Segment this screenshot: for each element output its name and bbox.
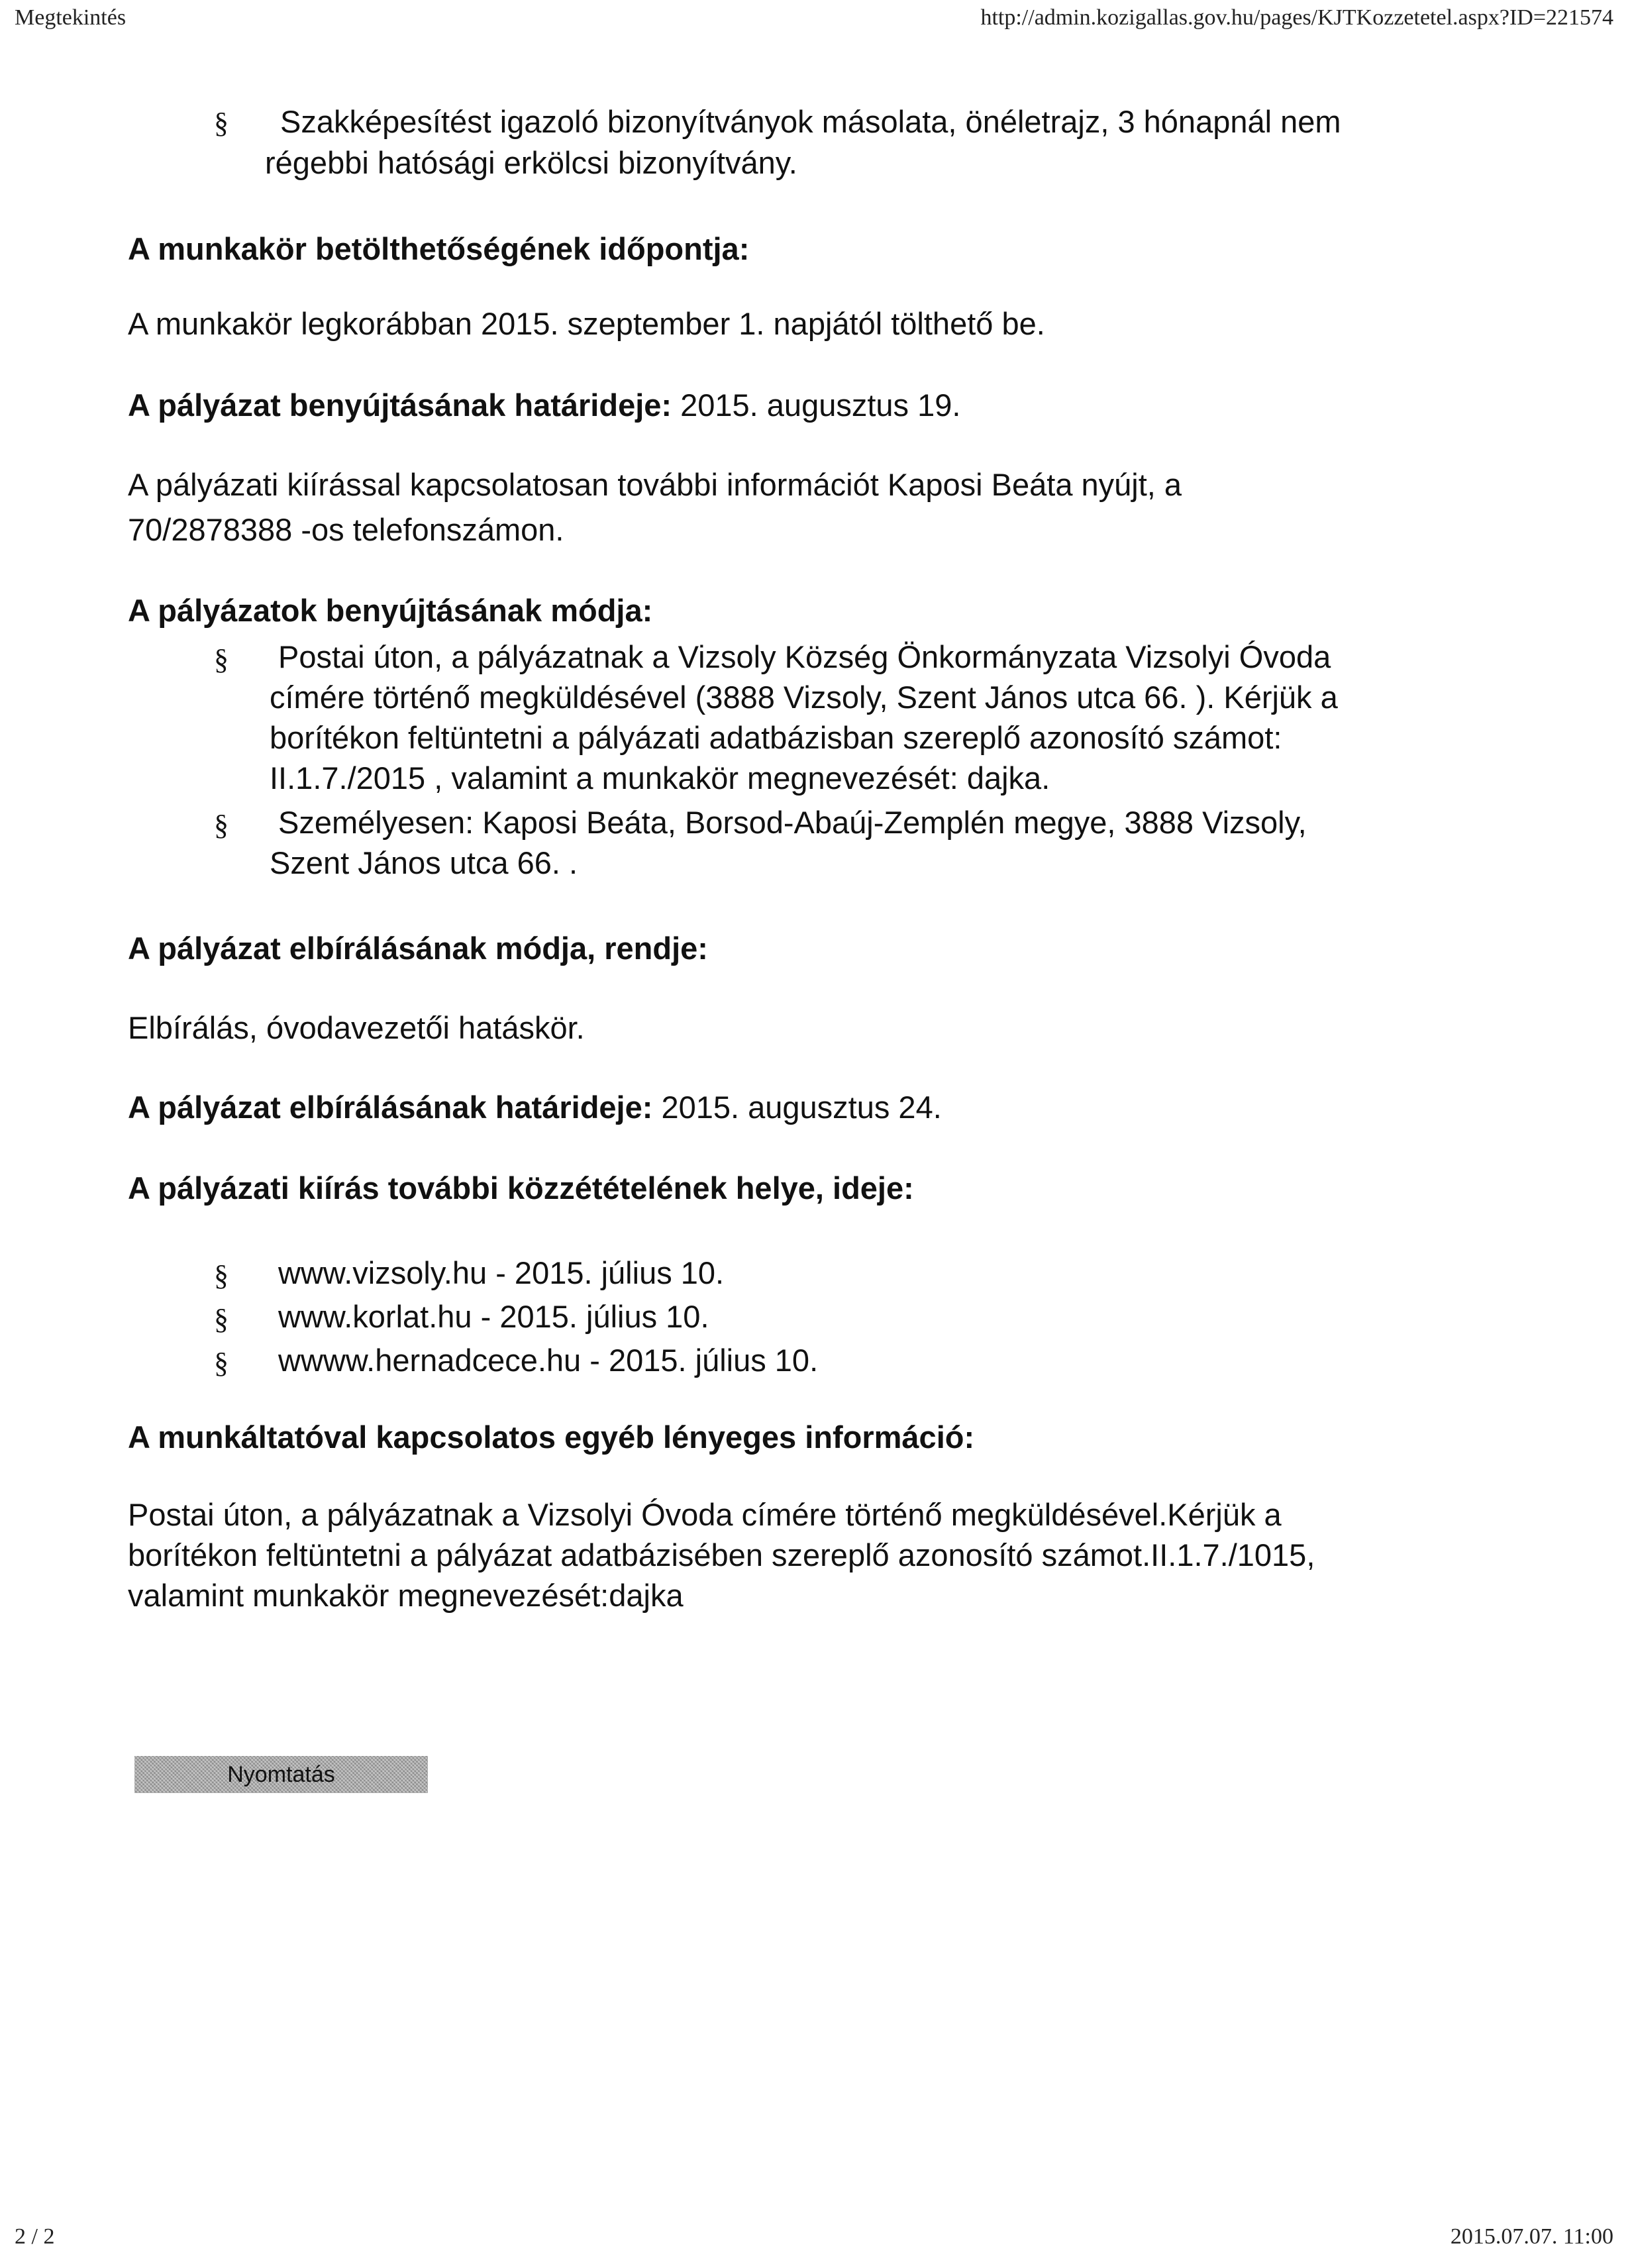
publication-item: www.korlat.hu - 2015. július 10. <box>278 1296 709 1338</box>
start-date-heading: A munkakör betölthetőségének időpontja: <box>128 228 749 270</box>
section-bullet-icon: § <box>214 106 229 140</box>
evaluation-deadline-value: 2015. augusztus 24. <box>652 1090 941 1125</box>
employer-info-heading: A munkáltatóval kapcsolatos egyéb lényeg… <box>128 1416 974 1459</box>
evaluation-method-text: Elbírálás, óvodavezetői hatáskör. <box>128 1007 585 1049</box>
submission-method-item-1-line-2: címére történő megküldésével (3888 Vizso… <box>270 676 1338 719</box>
employer-info-line-1: Postai úton, a pályázatnak a Vizsolyi Óv… <box>128 1494 1496 1536</box>
evaluation-deadline: A pályázat elbírálásának határideje: 201… <box>128 1086 942 1129</box>
section-bullet-icon: § <box>214 1346 229 1380</box>
section-bullet-icon: § <box>214 1302 229 1336</box>
section-bullet-icon: § <box>214 643 229 676</box>
documents-line-2: régebbi hatósági erkölcsi bizonyítvány. <box>265 142 797 184</box>
employer-info-line-3: valamint munkakör megnevezését:dajka <box>128 1574 684 1617</box>
submission-method-item-1-line-3: borítékon feltüntetni a pályázati adatbá… <box>270 717 1282 759</box>
submission-deadline-value: 2015. augusztus 19. <box>672 387 960 423</box>
evaluation-method-heading: A pályázat elbírálásának módja, rendje: <box>128 927 708 970</box>
start-date-text: A munkakör legkorábban 2015. szeptember … <box>128 303 1045 345</box>
print-button-label: Nyomtatás <box>227 1762 335 1788</box>
submission-method-item-2-line-1: Személyesen: Kaposi Beáta, Borsod-Abaúj-… <box>278 801 1307 844</box>
print-button[interactable]: Nyomtatás <box>134 1756 428 1793</box>
contact-info-line-2: 70/2878388 -os telefonszámon. <box>128 509 564 551</box>
submission-deadline-label: A pályázat benyújtásának határideje: <box>128 387 672 423</box>
submission-method-item-2-line-2: Szent János utca 66. . <box>270 842 578 884</box>
print-header-url: http://admin.kozigallas.gov.hu/pages/KJT… <box>980 5 1613 30</box>
print-footer-page-number: 2 / 2 <box>15 2224 54 2249</box>
documents-line-1: Szakképesítést igazoló bizonyítványok má… <box>280 101 1341 143</box>
section-bullet-icon: § <box>214 1259 229 1292</box>
submission-method-item-1-line-1: Postai úton, a pályázatnak a Vizsoly Köz… <box>278 636 1331 678</box>
publication-heading: A pályázati kiírás további közzétételéne… <box>128 1167 914 1210</box>
contact-info-line-1: A pályázati kiírással kapcsolatosan tová… <box>128 464 1496 506</box>
evaluation-deadline-label: A pályázat elbírálásának határideje: <box>128 1090 652 1125</box>
employer-info-line-2: borítékon feltüntetni a pályázat adatbáz… <box>128 1534 1496 1576</box>
submission-method-heading: A pályázatok benyújtásának módja: <box>128 590 652 632</box>
publication-item: www.vizsoly.hu - 2015. július 10. <box>278 1252 724 1294</box>
section-bullet-icon: § <box>214 808 229 842</box>
submission-method-item-1-line-4: II.1.7./2015 , valamint a munkakör megne… <box>270 757 1050 799</box>
publication-item: wwww.hernadcece.hu - 2015. július 10. <box>278 1339 818 1382</box>
print-footer-timestamp: 2015.07.07. 11:00 <box>1451 2224 1613 2249</box>
submission-deadline: A pályázat benyújtásának határideje: 201… <box>128 384 960 427</box>
print-header-title: Megtekintés <box>15 5 126 30</box>
